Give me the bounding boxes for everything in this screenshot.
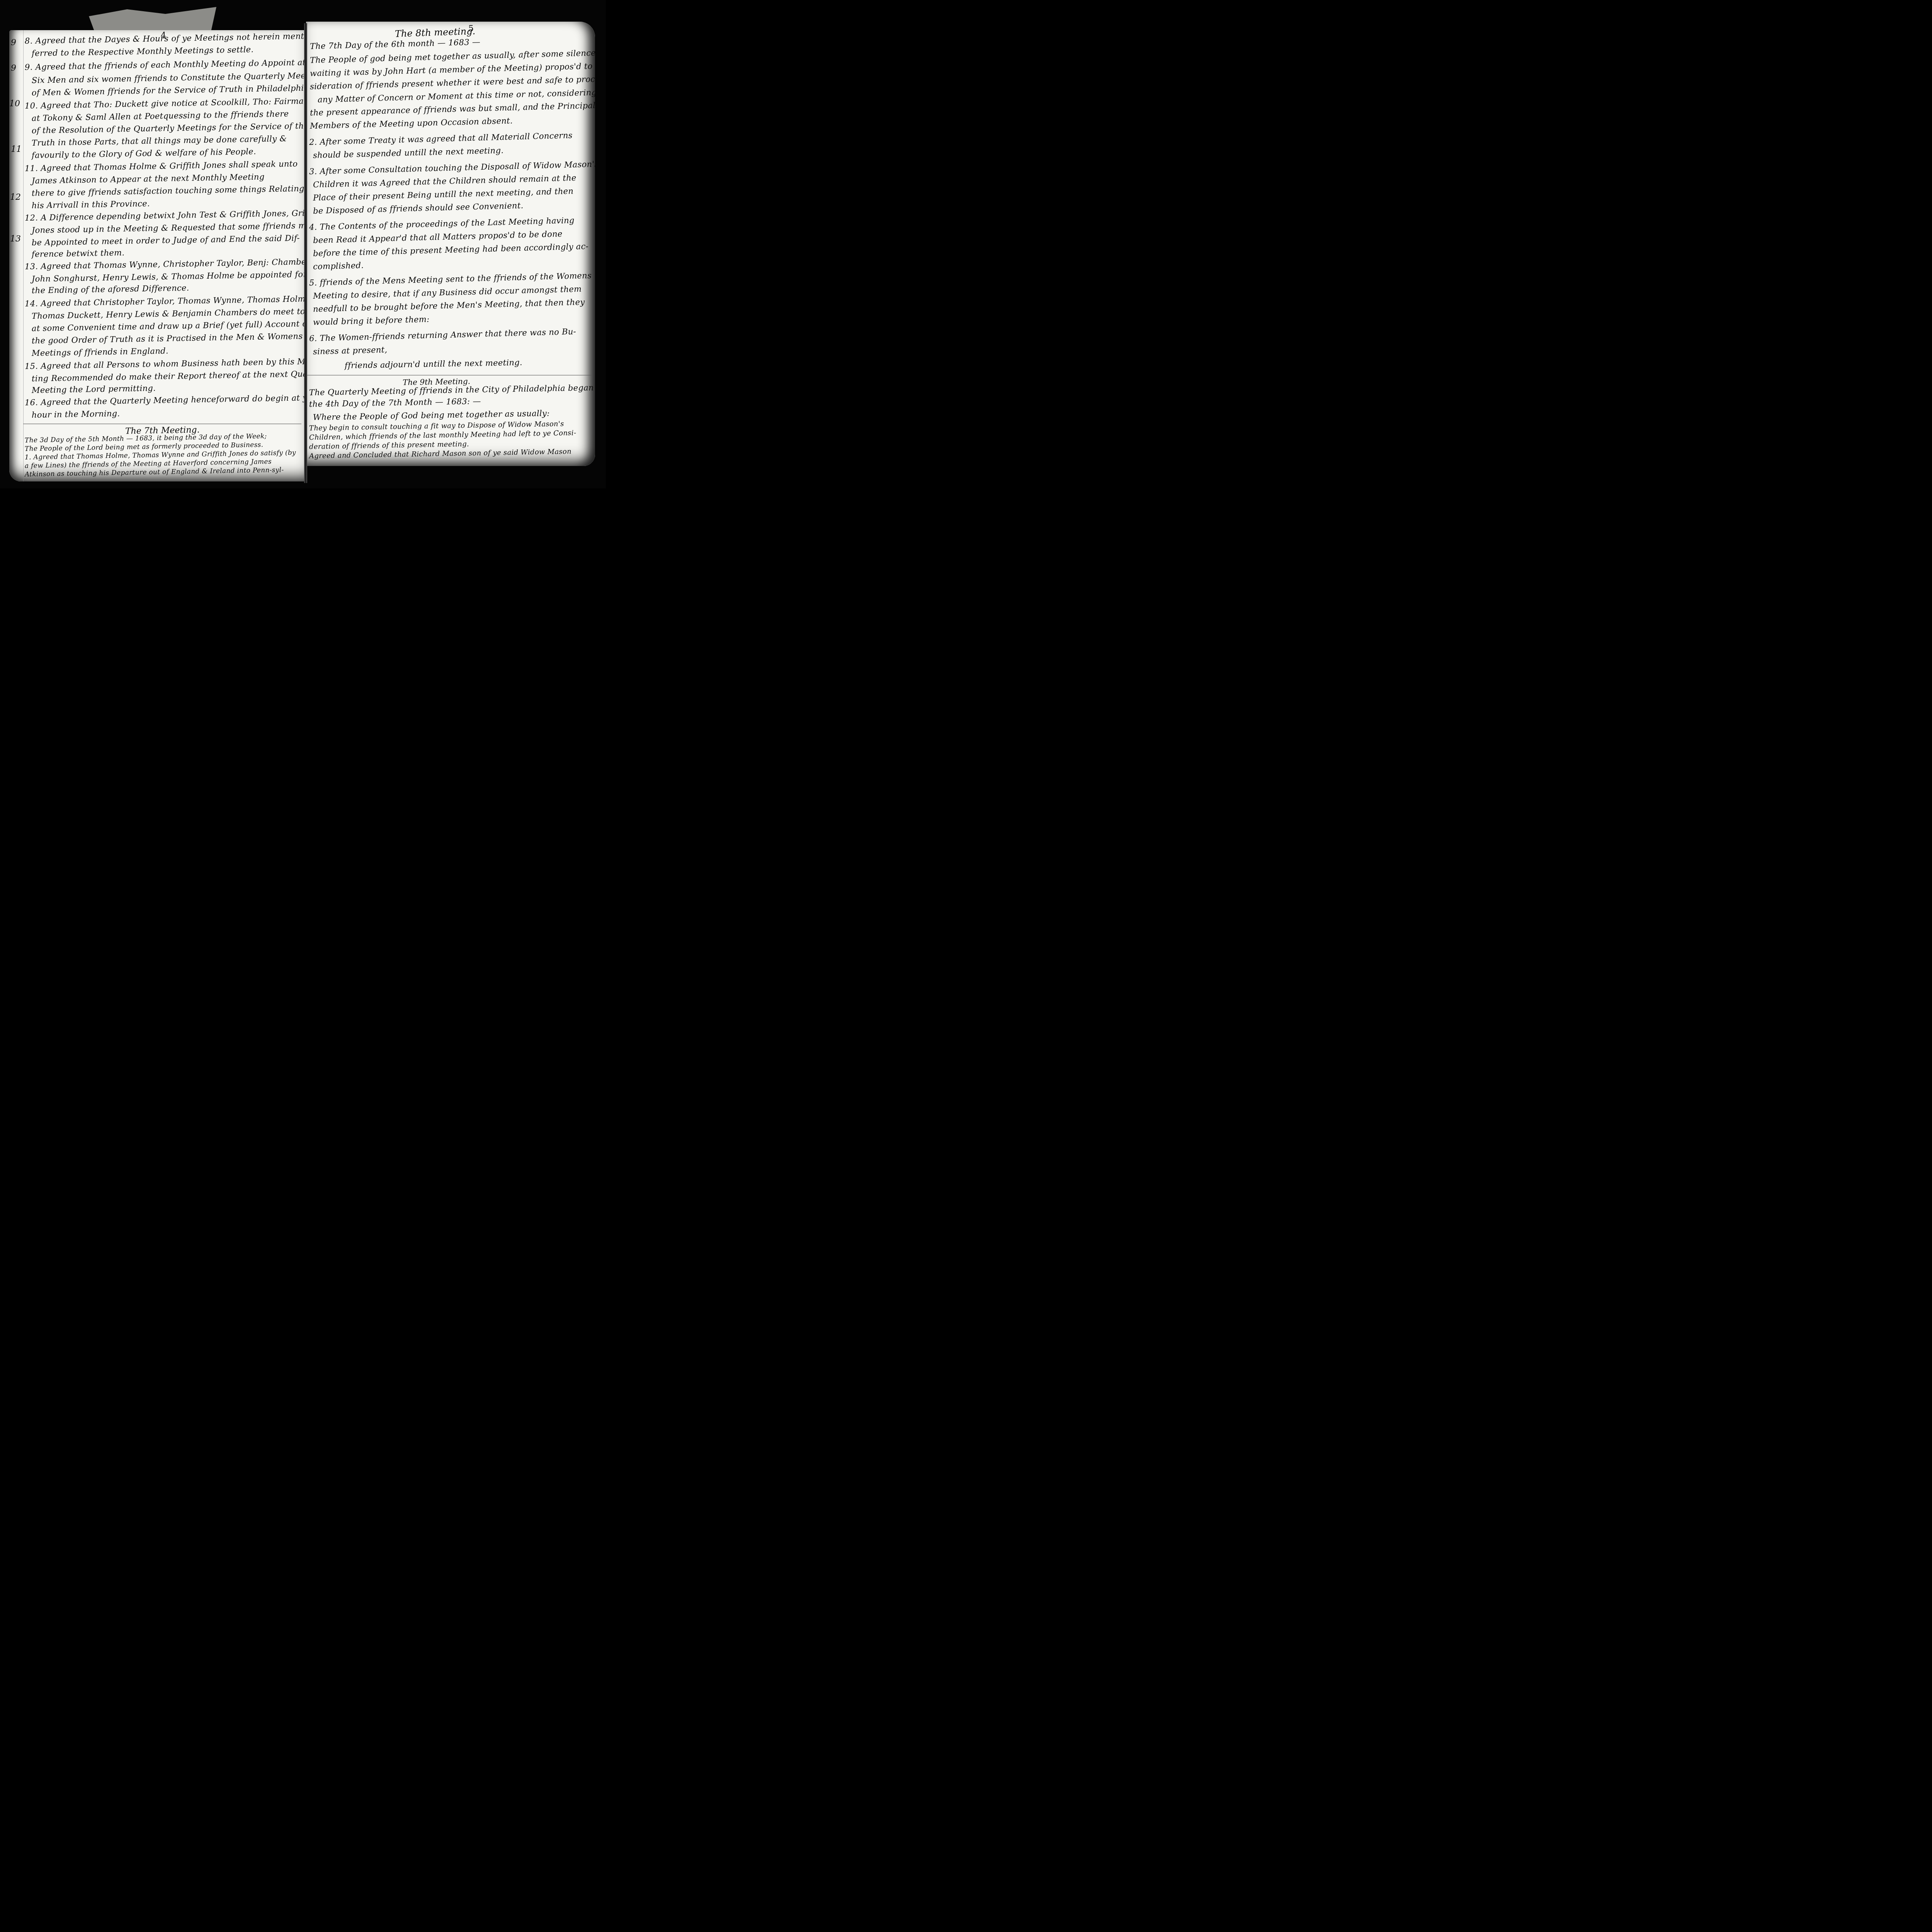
text-line: Jones stood up in the Meeting & Requeste… <box>32 221 305 235</box>
text-line: 6. The Women-ffriends returning Answer t… <box>309 327 577 343</box>
text-line: ffriends adjourn'd untill the next meeti… <box>345 358 522 370</box>
text-line: complished. <box>313 261 364 271</box>
scanned-spread: 4 9 9 10 11 12 13 8. Agreed that the Day… <box>0 0 606 488</box>
text-line: Members of the Meeting upon Occasion abs… <box>310 116 513 131</box>
text-line: Where the People of God being met togeth… <box>313 408 550 422</box>
text-line: before the time of this present Meeting … <box>313 241 589 258</box>
section-divider <box>306 375 592 376</box>
text-line: at some Convenient time and draw up a Br… <box>32 319 305 333</box>
margin-number: 11 <box>11 145 22 154</box>
text-line: 15. Agreed that all Persons to whom Busi… <box>25 357 305 371</box>
text-line: Truth in those Parts, that all things ma… <box>32 134 287 148</box>
book-gutter <box>304 23 307 483</box>
text-line: ference betwixt them. <box>32 248 125 259</box>
margin-number: 13 <box>10 234 21 244</box>
text-line: his Arrivall in this Province. <box>32 199 150 210</box>
text-line: siness at present, <box>313 345 388 356</box>
text-line: been Read it Appear'd that all Matters p… <box>313 229 563 245</box>
meeting-heading-8: The 8th meeting. <box>395 26 476 39</box>
text-line: there to give ffriends satisfaction touc… <box>32 184 305 198</box>
text-line: Thomas Duckett, Henry Lewis & Benjamin C… <box>32 306 305 321</box>
text-line: 14. Agreed that Christopher Taylor, Thom… <box>25 294 305 308</box>
text-line: should be suspended untill the next meet… <box>313 146 504 160</box>
text-line: Meetings of ffriends in England. <box>32 346 168 358</box>
right-page: 5 The 8th meeting. The 7th Day of the 6t… <box>306 22 595 466</box>
text-line: James Atkinson to Appear at the next Mon… <box>32 172 265 185</box>
margin-number: 9 <box>11 38 16 48</box>
text-line: 13. Agreed that Thomas Wynne, Christophe… <box>25 257 305 271</box>
text-line: of Men & Women ffriends for the Service … <box>32 83 305 97</box>
text-line: the good Order of Truth as it is Practis… <box>32 332 303 345</box>
text-line: 16. Agreed that the Quarterly Meeting he… <box>25 393 305 407</box>
text-line: deration of ffriends of this present mee… <box>309 440 469 451</box>
margin-number: 12 <box>10 192 21 202</box>
left-page: 4 9 9 10 11 12 13 8. Agreed that the Day… <box>9 30 305 481</box>
margin-rule <box>23 30 24 481</box>
text-line: the 4th Day of the 7th Month — 1683: — <box>309 396 481 409</box>
text-line: Six Men and six women ffriends to Consti… <box>32 71 305 85</box>
text-line: 11. Agreed that Thomas Holme & Griffith … <box>25 159 298 173</box>
margin-number: 10 <box>9 99 20 109</box>
text-line: 12. A Difference depending betwixt John … <box>25 208 305 223</box>
text-line: be Appointed to meet in order to Judge o… <box>32 233 300 247</box>
text-line: The 7th Day of the 6th month — 1683 — <box>310 37 481 51</box>
text-line: at Tokony & Saml Allen at Poetquessing t… <box>32 109 289 123</box>
text-line: Place of their present Being untill the … <box>313 186 574 202</box>
text-line: 9. Agreed that the ffriends of each Mont… <box>25 57 305 72</box>
text-line: Children it was Agreed that the Children… <box>313 173 577 189</box>
text-line: the Ending of the aforesd Difference. <box>32 283 189 295</box>
margin-number: 9 <box>11 63 16 73</box>
text-line: John Songhurst, Henry Lewis, & Thomas Ho… <box>32 270 305 284</box>
paper-tab-fragment <box>89 7 216 30</box>
text-line: favourily to the Glory of God & welfare … <box>32 147 256 160</box>
text-line: 2. After some Treaty it was agreed that … <box>309 131 573 147</box>
text-line: be Disposed of as ffriends should see Co… <box>313 201 524 216</box>
text-line: ting Recommended do make their Report th… <box>32 369 305 383</box>
section-divider <box>23 423 301 424</box>
text-line: of the Resolution of the Quarterly Meeti… <box>32 121 305 135</box>
text-line: The Quarterly Meeting of ffriends in the… <box>309 383 594 397</box>
text-line: would bring it before them: <box>313 315 430 327</box>
text-line: 4. The Contents of the proceedings of th… <box>309 216 575 232</box>
text-line: ferred to the Respective Monthly Meeting… <box>32 45 254 58</box>
text-line: hour in the Morning. <box>32 409 120 420</box>
text-line: Meeting the Lord permitting. <box>32 383 156 395</box>
text-line: needfull to be brought before the Men's … <box>313 298 585 314</box>
text-line: 10. Agreed that Tho: Duckett give notice… <box>25 96 305 111</box>
